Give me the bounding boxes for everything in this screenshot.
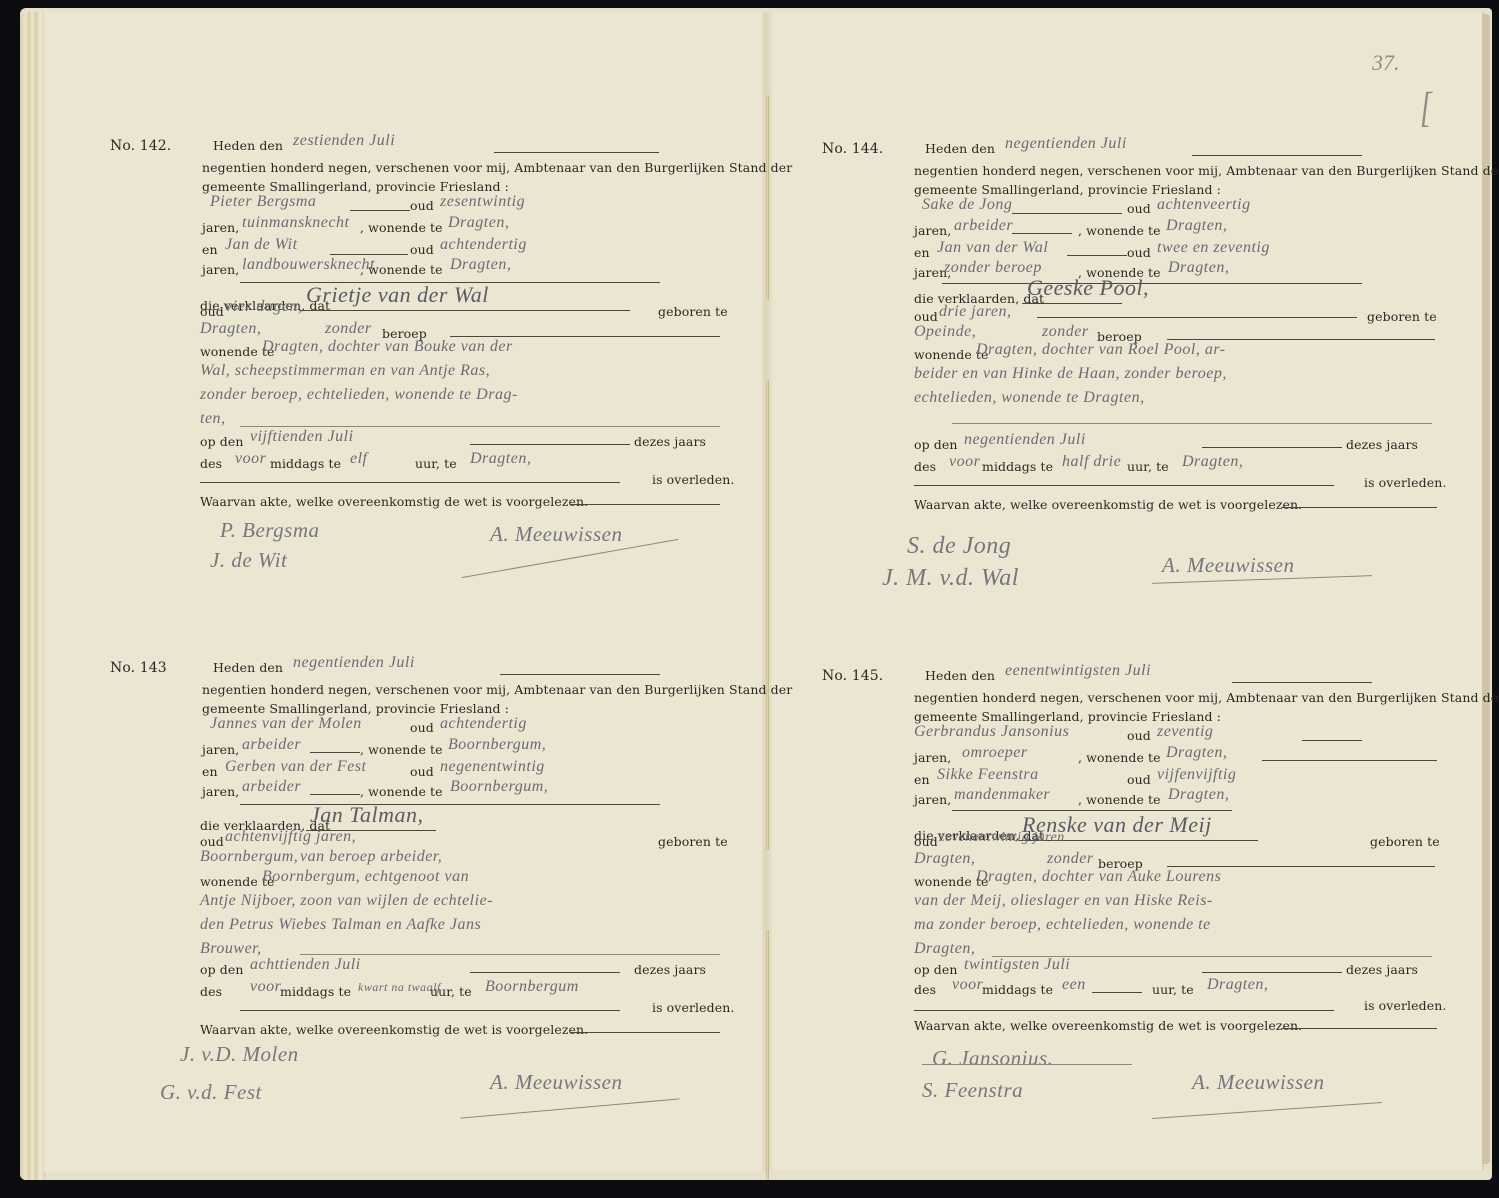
death-time: elf <box>350 450 368 468</box>
death-record-145: No. 145. Heden den eenentwintigsten Juli… <box>822 660 1462 1130</box>
death-date: achttienden Juli <box>250 956 361 974</box>
witness2-name: Jan van der Wal <box>937 239 1048 257</box>
witness2-age: vijfenvijftig <box>1157 766 1236 784</box>
witness-signature-1: J. v.D. Molen <box>180 1042 299 1067</box>
record-date: eenentwintigsten Juli <box>1005 662 1151 680</box>
death-place: Dragten, <box>470 450 531 468</box>
death-place: Boornbergum <box>485 978 579 996</box>
witness2-occupation: arbeider <box>242 778 301 796</box>
heden-den-label: Heden den <box>213 138 283 153</box>
deceased-age: zevenentwintig jaren <box>939 830 1065 846</box>
witness2-name: Gerben van der Fest <box>225 758 366 776</box>
death-daypart: voor <box>949 453 980 471</box>
witness1-occupation: tuinmansknecht <box>242 214 349 232</box>
page-number: 37. <box>1372 50 1400 76</box>
record-number: No. 143 <box>110 660 167 676</box>
binding-thread <box>766 930 769 1180</box>
deceased-age: achtenvijftig jaren, <box>225 828 356 846</box>
witness2-age: achtendertig <box>440 236 527 254</box>
witness1-age: zeventig <box>1157 723 1213 741</box>
witness1-occupation: arbeider <box>242 736 301 754</box>
record-number: No. 145. <box>822 668 883 684</box>
death-date: vijftienden Juli <box>250 428 354 446</box>
death-daypart: voor <box>235 450 266 468</box>
death-place: Dragten, <box>1207 976 1268 994</box>
birthplace: Opeinde, <box>914 323 976 341</box>
binding-thread <box>766 95 769 300</box>
witness2-name: Sikke Feenstra <box>937 766 1039 784</box>
official-signature: A. Meeuwissen <box>490 1070 622 1095</box>
witness2-age: negenentwintig <box>440 758 545 776</box>
occupation: zonder <box>325 320 372 338</box>
official-signature: A. Meeuwissen <box>1192 1070 1324 1095</box>
witness1-name: Jannes van der Molen <box>210 715 362 733</box>
official-signature: A. Meeuwissen <box>1162 553 1294 578</box>
right-page-edge <box>1482 14 1490 1164</box>
deceased-name: Jan Talman, <box>310 802 423 828</box>
witness2-residence: Boornbergum, <box>450 778 548 796</box>
deceased-age: drie jaren, <box>939 303 1011 321</box>
birthplace: Boornbergum, <box>200 848 298 866</box>
death-record-143: No. 143 Heden den negentienden Juli nege… <box>110 650 750 1120</box>
birthplace: Dragten, <box>200 320 261 338</box>
death-time: een <box>1062 976 1086 994</box>
death-date: negentienden Juli <box>964 431 1086 449</box>
witness2-residence: Dragten, <box>1168 259 1229 277</box>
witness1-age: achtenveertig <box>1157 196 1251 214</box>
death-daypart: voor <box>250 978 281 996</box>
birthplace: Dragten, <box>914 850 975 868</box>
witness1-residence: Dragten, <box>448 214 509 232</box>
deceased-name: Grietje van der Wal <box>306 282 489 308</box>
deceased-age: vier dagen, <box>225 298 302 316</box>
witness2-occupation: landbouwersknecht <box>242 256 375 274</box>
occupation: van beroep arbeider, <box>300 848 442 866</box>
death-time: half drie <box>1062 453 1121 471</box>
witness2-residence: Dragten, <box>1168 786 1229 804</box>
witness1-name: Sake de Jong <box>922 196 1012 214</box>
witness1-residence: Dragten, <box>1166 217 1227 235</box>
witness-signature-2: J. de Wit <box>210 548 287 573</box>
binding-thread <box>766 380 769 850</box>
record-number: No. 144. <box>822 141 883 157</box>
witness2-name: Jan de Wit <box>225 236 298 254</box>
page-bracket-mark: [ <box>1420 85 1432 133</box>
death-date: twintigsten Juli <box>964 956 1070 974</box>
witness-signature-1: G. Jansonius. <box>932 1046 1053 1071</box>
official-signature: A. Meeuwissen <box>490 522 622 547</box>
witness1-name: Pieter Bergsma <box>210 193 316 211</box>
witness1-age: achtendertig <box>440 715 527 733</box>
death-record-142: No. 142. Heden den zestienden Juli negen… <box>110 130 750 600</box>
page-edges <box>20 12 46 1180</box>
occupation: zonder <box>1042 323 1089 341</box>
witness2-occupation: mandenmaker <box>954 786 1050 804</box>
record-number: No. 142. <box>110 138 171 154</box>
death-place: Dragten, <box>1182 453 1243 471</box>
witness2-age: twee en zeventig <box>1157 239 1270 257</box>
record-date: zestienden Juli <box>293 132 395 150</box>
death-time: kwart na twaalf <box>358 980 441 995</box>
witness2-residence: Dragten, <box>450 256 511 274</box>
death-daypart: voor <box>952 976 983 994</box>
witness-signature-2: J. M. v.d. Wal <box>882 565 1019 592</box>
witness1-age: zesentwintig <box>440 193 525 211</box>
witness-signature-1: P. Bergsma <box>220 518 320 543</box>
witness1-name: Gerbrandus Jansonius <box>914 723 1069 741</box>
witness-signature-2: G. v.d. Fest <box>160 1080 262 1105</box>
witness1-residence: Boornbergum, <box>448 736 546 754</box>
witness-signature-1: S. de Jong <box>907 533 1011 560</box>
witness1-occupation: arbeider <box>954 217 1013 235</box>
record-date: negentienden Juli <box>1005 135 1127 153</box>
witness1-residence: Dragten, <box>1166 744 1227 762</box>
witness1-occupation: omroeper <box>962 744 1028 762</box>
deceased-name: Geeske Pool, <box>1027 275 1149 301</box>
record-date: negentienden Juli <box>293 654 415 672</box>
death-record-144: No. 144. Heden den negentienden Juli neg… <box>822 133 1462 603</box>
witness-signature-2: S. Feenstra <box>922 1078 1023 1103</box>
occupation: zonder <box>1047 850 1094 868</box>
